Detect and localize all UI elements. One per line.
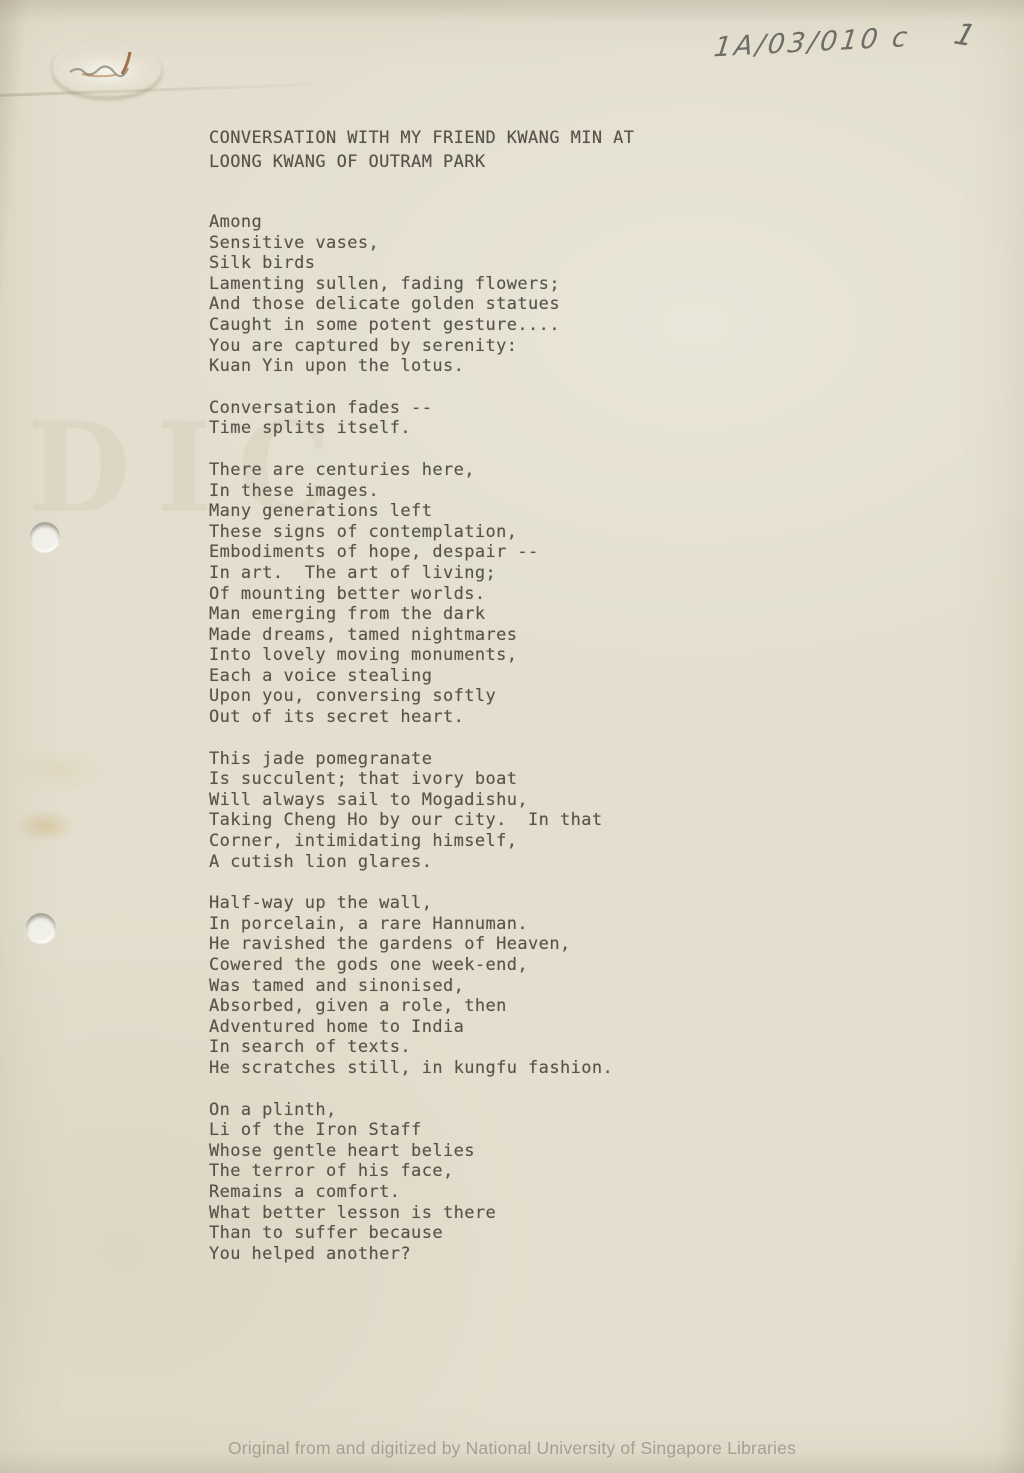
punch-hole-bottom <box>26 913 56 943</box>
poem-line: You helped another? <box>209 1244 613 1265</box>
poem-line: Absorbed, given a role, then <box>209 996 613 1017</box>
poem-line: The terror of his face, <box>209 1161 613 1182</box>
stanza: Conversation fades --Time splits itself. <box>209 398 613 439</box>
stanza: There are centuries here,In these images… <box>209 460 613 728</box>
poem-line: Will always sail to Mogadishu, <box>209 790 613 811</box>
poem-line: Many generations left <box>209 501 613 522</box>
poem-line: There are centuries here, <box>209 460 613 481</box>
poem-line: Conversation fades -- <box>209 398 613 419</box>
archive-code-handwritten: 1A/03/010 c <box>712 20 956 64</box>
poem-line: In these images. <box>209 481 613 502</box>
poem-line: Corner, intimidating himself, <box>209 831 613 852</box>
poem-line: Remains a comfort. <box>209 1182 613 1203</box>
poem-line: He scratches still, in kungfu fashion. <box>209 1058 613 1079</box>
poem-line: Man emerging from the dark <box>209 604 613 625</box>
poem-line: He ravished the gardens of Heaven, <box>209 934 613 955</box>
poem-line: Lamenting sullen, fading flowers; <box>209 274 613 295</box>
poem-line: Taking Cheng Ho by our city. In that <box>209 810 613 831</box>
poem-line: Each a voice stealing <box>209 666 613 687</box>
poem-line: Sensitive vases, <box>209 233 613 254</box>
digitization-credit: Original from and digitized by National … <box>0 1438 1024 1459</box>
poem-line: Caught in some potent gesture.... <box>209 315 613 336</box>
poem-line: These signs of contemplation, <box>209 522 613 543</box>
poem-line: On a plinth, <box>209 1100 613 1121</box>
stanza: AmongSensitive vases,Silk birdsLamenting… <box>209 212 613 377</box>
scanned-page: DIC 1A/03/010 c 1 CONVERSATION WITH MY F… <box>0 0 1024 1473</box>
poem-title-line-2: LOONG KWANG OF OUTRAM PARK <box>209 150 634 174</box>
poem-line: This jade pomegranate <box>209 749 613 770</box>
poem-line: Of mounting better worlds. <box>209 584 613 605</box>
poem-title: CONVERSATION WITH MY FRIEND KWANG MIN AT… <box>209 126 634 174</box>
poem-line: What better lesson is there <box>209 1203 613 1224</box>
poem-line: In search of texts. <box>209 1037 613 1058</box>
poem-line: Than to suffer because <box>209 1223 613 1244</box>
poem-line: Half-way up the wall, <box>209 893 613 914</box>
poem-line: Was tamed and sinonised, <box>209 976 613 997</box>
poem-line: Out of its secret heart. <box>209 707 613 728</box>
stanza: This jade pomegranateIs succulent; that … <box>209 749 613 873</box>
poem-line: Time splits itself. <box>209 418 613 439</box>
poem-line: Is succulent; that ivory boat <box>209 769 613 790</box>
poem-line: Kuan Yin upon the lotus. <box>209 356 613 377</box>
poem-line: Upon you, conversing softly <box>209 686 613 707</box>
poem-line: Whose gentle heart belies <box>209 1141 613 1162</box>
poem-line: Silk birds <box>209 253 613 274</box>
poem-line: A cutish lion glares. <box>209 852 613 873</box>
poem-line: Cowered the gods one week-end, <box>209 955 613 976</box>
poem-body: AmongSensitive vases,Silk birdsLamenting… <box>209 212 613 1285</box>
stanza: On a plinth,Li of the Iron StaffWhose ge… <box>209 1100 613 1265</box>
poem-line: Made dreams, tamed nightmares <box>209 625 613 646</box>
poem-line: And those delicate golden statues <box>209 294 613 315</box>
poem-line: In art. The art of living; <box>209 563 613 584</box>
poem-line: In porcelain, a rare Hannuman. <box>209 914 613 935</box>
poem-line: You are captured by serenity: <box>209 336 613 357</box>
poem-title-line-1: CONVERSATION WITH MY FRIEND KWANG MIN AT <box>209 126 634 150</box>
tear-detail-graphic <box>52 40 162 98</box>
poem-line: Embodiments of hope, despair -- <box>209 542 613 563</box>
poem-line: Adventured home to India <box>209 1017 613 1038</box>
poem-line: Among <box>209 212 613 233</box>
poem-line: Into lovely moving monuments, <box>209 645 613 666</box>
stanza: Half-way up the wall,In porcelain, a rar… <box>209 893 613 1078</box>
paper-tear-staple-mark <box>52 40 162 98</box>
poem-line: Li of the Iron Staff <box>209 1120 613 1141</box>
